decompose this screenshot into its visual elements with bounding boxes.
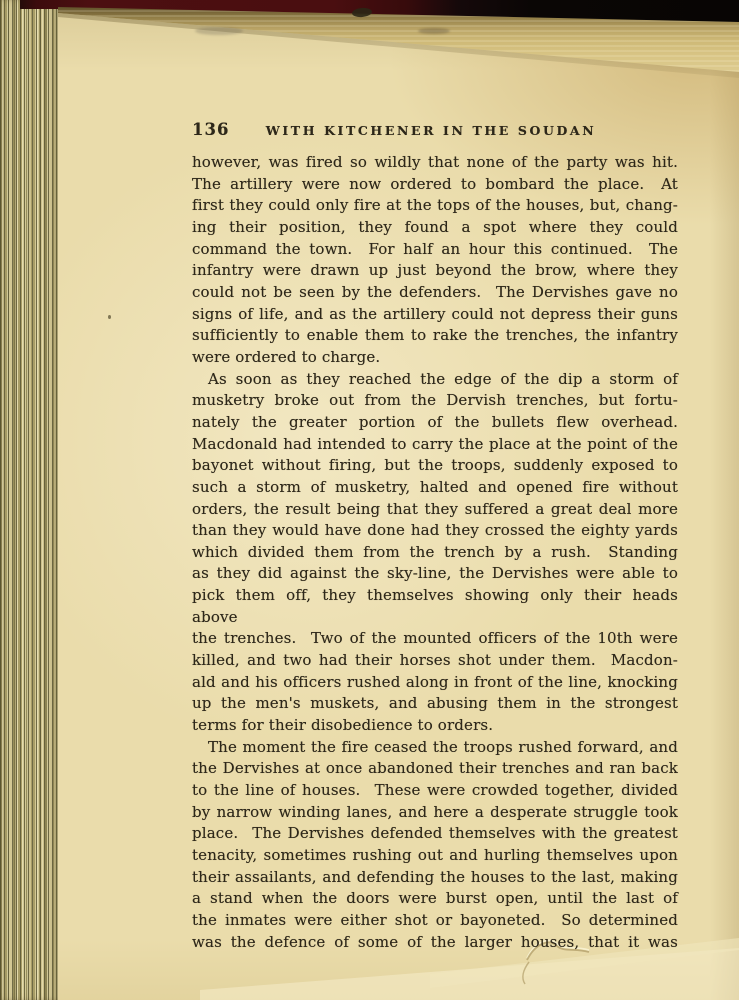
page-body-text: however, was fired so wildly that none o…	[192, 152, 678, 953]
print-speck	[108, 315, 111, 319]
text-line: signs of life, and as the artillery coul…	[192, 304, 678, 326]
text-line: Macdonald had intended to carry the plac…	[192, 434, 678, 456]
text-line: a stand when the doors were burst open, …	[192, 888, 678, 910]
text-line: the Dervishes at once abandoned their tr…	[192, 758, 678, 780]
page-edges-left	[0, 0, 60, 1000]
text-line: up the men's muskets, and abusing them i…	[192, 693, 678, 715]
text-line: The moment the fire ceased the troops ru…	[192, 737, 678, 759]
paragraph: The moment the fire ceased the troops ru…	[192, 737, 678, 954]
text-line: which divided them from the trench by a …	[192, 542, 678, 564]
text-line: pick them off, they themselves showing o…	[192, 585, 678, 628]
paragraph: however, was fired so wildly that none o…	[192, 152, 678, 369]
text-line: such a storm of musketry, halted and ope…	[192, 477, 678, 499]
text-line: place. The Dervishes defended themselves…	[192, 823, 678, 845]
running-title: WITH KITCHENER IN THE SOUDAN	[192, 123, 670, 138]
text-line: were ordered to charge.	[192, 347, 678, 369]
text-line: orders, the result being that they suffe…	[192, 499, 678, 521]
text-line: ald and his officers rushed along in fro…	[192, 672, 678, 694]
text-line: the trenches. Two of the mounted officer…	[192, 628, 678, 650]
text-line: was the defence of some of the larger ho…	[192, 932, 678, 954]
text-line: sufficiently to enable them to rake the …	[192, 325, 678, 347]
text-line: As soon as they reached the edge of the …	[192, 369, 678, 391]
text-line: command the town. For half an hour this …	[192, 239, 678, 261]
text-line: infantry were drawn up just beyond the b…	[192, 260, 678, 282]
text-line: than they would have done had they cross…	[192, 520, 678, 542]
text-line: tenacity, sometimes rushing out and hurl…	[192, 845, 678, 867]
text-line: ing their position, they found a spot wh…	[192, 217, 678, 239]
text-line: as they did against the sky-line, the De…	[192, 563, 678, 585]
text-line: terms for their disobedience to orders.	[192, 715, 678, 737]
text-line: first they could only fire at the tops o…	[192, 195, 678, 217]
text-line: however, was fired so wildly that none o…	[192, 152, 678, 174]
text-line: could not be seen by the defenders. The …	[192, 282, 678, 304]
paragraph: As soon as they reached the edge of the …	[192, 369, 678, 737]
book-scan: 136 WITH KITCHENER IN THE SOUDAN however…	[0, 0, 739, 1000]
text-line: musketry broke out from the Dervish tren…	[192, 390, 678, 412]
top-edge-smudge	[195, 27, 243, 35]
text-line: the inmates were either shot or bayonete…	[192, 910, 678, 932]
text-line: bayonet without firing, but the troops, …	[192, 455, 678, 477]
text-line: nately the greater portion of the bullet…	[192, 412, 678, 434]
text-line: to the line of houses. These were crowde…	[192, 780, 678, 802]
page-header: 136 WITH KITCHENER IN THE SOUDAN	[192, 120, 678, 142]
text-line: killed, and two had their horses shot un…	[192, 650, 678, 672]
text-line: their assailants, and defending the hous…	[192, 867, 678, 889]
top-edge-smudge	[418, 28, 450, 34]
text-line: The artillery were now ordered to bombar…	[192, 174, 678, 196]
text-line: by narrow winding lanes, and here a desp…	[192, 802, 678, 824]
